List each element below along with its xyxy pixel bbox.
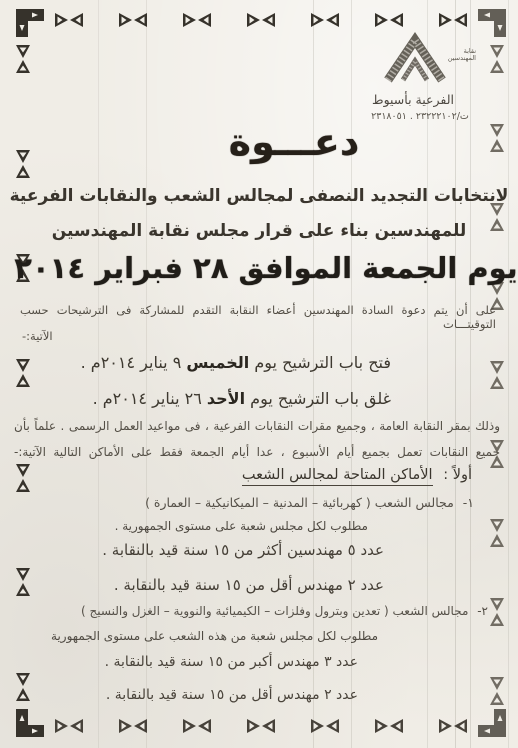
border-corner-icon: [477, 708, 507, 738]
venue-line-1: وذلك بمقر النقابة العامة ، وجميع مقرات ا…: [14, 419, 500, 433]
list-item-count: عدد ٣ مهندس أكبر من ١٥ سنة قيد بالنقابة …: [105, 654, 358, 670]
border-ornament-icon: [182, 11, 212, 29]
list-item-count: عدد ٢ مهندس أقل من ١٥ سنة قيد بالنقابة .: [114, 576, 384, 594]
border-corner-icon: [15, 708, 45, 738]
border-ornament-icon: [438, 717, 468, 735]
border-ornament-icon: [14, 358, 32, 388]
border-ornament-icon: [14, 672, 32, 702]
border-ornament-icon: [14, 463, 32, 493]
document-title: دعـــوة: [0, 120, 518, 164]
border-ornament-icon: [310, 717, 340, 735]
ornamental-border-bottom: [16, 715, 506, 737]
list-item-title: ١- مجالس الشعب ( كهربائية – المدنية – ال…: [145, 495, 474, 510]
venue-line-2: جميع النقابات تعمل بجميع أيام الأسبوع ، …: [14, 445, 500, 459]
header-logo-block: نقابة المهندسين الفرعية بأسيوط ت/٢٣٢٢٢١٠…: [354, 28, 472, 122]
scanned-invitation-document: نقابة المهندسين الفرعية بأسيوط ت/٢٣٢٢٢١٠…: [0, 0, 518, 748]
border-ornament-icon: [488, 360, 506, 390]
border-corner-icon: [477, 8, 507, 38]
border-ornament-icon: [118, 11, 148, 29]
border-ornament-icon: [182, 717, 212, 735]
list-item-text: مجالس الشعب ( كهربائية – المدنية – الميك…: [145, 495, 454, 510]
list-item-count: عدد ٢ مهندس أقل من ١٥ سنة قيد بالنقابة .: [106, 687, 358, 703]
list-item-text: مجالس الشعب ( تعدين وبترول وفلزات – الكي…: [81, 604, 468, 618]
date-headline: يوم الجمعة الموافق ٢٨ فبراير ٢٠١٤: [0, 251, 518, 285]
section-heading-underlined: الأماكن المتاحة لمجالس الشعب: [242, 467, 433, 486]
border-ornament-icon: [54, 11, 84, 29]
list-item-requirement: مطلوب لكل مجلس شعبة من هذه الشعب على مست…: [51, 629, 378, 643]
border-ornament-icon: [118, 717, 148, 735]
border-ornament-icon: [246, 717, 276, 735]
nomination-close-pre: غلق باب الترشيح يوم: [250, 389, 391, 408]
border-ornament-icon: [488, 597, 506, 627]
border-ornament-icon: [14, 567, 32, 597]
border-ornament-icon: [54, 717, 84, 735]
list-item-count: عدد ٥ مهندسين أكثر من ١٥ سنة قيد بالنقاب…: [102, 541, 384, 559]
participation-line: على أن يتم دعوة السادة المهندسين أعضاء ا…: [20, 303, 496, 331]
branch-name: الفرعية بأسيوط: [354, 92, 472, 107]
nomination-open-pre: فتح باب الترشيح يوم: [254, 353, 391, 372]
border-ornament-icon: [14, 44, 32, 74]
section-heading-prefix: أولاً :: [443, 467, 472, 483]
subtitle-line-2: للمهندسين بناء على قرار مجلس نقابة المهن…: [0, 221, 518, 241]
list-item-requirement: مطلوب لكل مجلس شعبة على مستوى الجمهورية …: [115, 519, 368, 533]
engineers-syndicate-logo-icon: نقابة المهندسين: [354, 28, 472, 90]
border-ornament-icon: [488, 518, 506, 548]
nomination-close-day: الأحد: [207, 389, 245, 408]
nomination-open-line: فتح باب الترشيح يوم الخميس ٩ يناير ٢٠١٤م…: [81, 353, 391, 372]
subtitle-line-1: لانتخابات التجديد النصفى لمجالس الشعب وا…: [0, 186, 518, 206]
list-item-number: ١-: [463, 495, 474, 510]
border-ornament-icon: [374, 11, 404, 29]
nomination-open-day: الخميس: [186, 353, 249, 372]
border-ornament-icon: [246, 11, 276, 29]
nomination-close-post: ٢٦ يناير ٢٠١٤م .: [93, 389, 202, 408]
list-item-number: ٢-: [477, 604, 488, 618]
border-ornament-icon: [310, 11, 340, 29]
list-item-title: ٢- مجالس الشعب ( تعدين وبترول وفلزات – ا…: [81, 604, 488, 618]
section-heading: أولاً : الأماكن المتاحة لمجالس الشعب: [242, 467, 472, 483]
nomination-open-post: ٩ يناير ٢٠١٤م .: [81, 353, 182, 372]
border-ornament-icon: [488, 676, 506, 706]
nomination-close-line: غلق باب الترشيح يوم الأحد ٢٦ يناير ٢٠١٤م…: [93, 389, 391, 408]
border-corner-icon: [15, 8, 45, 38]
border-ornament-icon: [374, 717, 404, 735]
scan-line: [508, 0, 509, 748]
border-ornament-icon: [488, 44, 506, 74]
border-ornament-icon: [438, 11, 468, 29]
logo-caption: نقابة المهندسين: [442, 48, 476, 63]
participation-tail: الآتية:-: [22, 329, 53, 343]
